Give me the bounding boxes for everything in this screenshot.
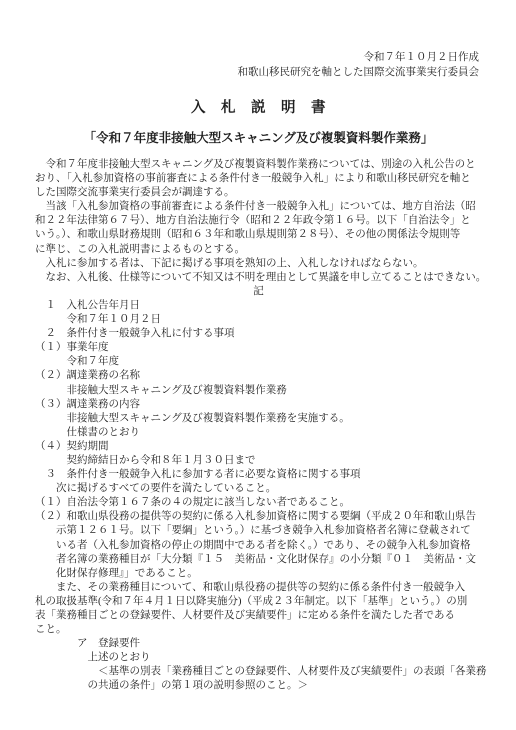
document-line: 記	[35, 285, 482, 299]
document-line: 契約締結日から令和８年１月３０日まで	[35, 454, 482, 468]
document-line: 入札に参加する者は、下記に掲げる事項を熟知の上、入札しなければならない。	[35, 257, 482, 271]
document-line: 札の取扱基準(令和７年４月１日以降実施分)（平成２３年制定。以下「基準」という。…	[35, 595, 482, 609]
document-line: （１）自治法令第１６７条の４の規定に該当しない者であること。	[35, 496, 482, 510]
document-line: いる者（入札参加資格の停止の期間中である者を除く。）であり、その競争入札参加資格	[35, 539, 482, 553]
created-date: 令和７年１０月２日作成	[35, 50, 479, 65]
document-title: 入 札 説 明 書	[35, 96, 482, 117]
document-line: に準じ、この入札説明書によるものとする。	[35, 243, 482, 257]
document-line: 示第１２６１号。以下「要綱」という。）に基づき競争入札参加資格者名簿に登載されて	[35, 524, 482, 538]
document-line: 令和７年度非接触大型スキャニング及び複製資料製作業務については、別途の入札公告の…	[35, 158, 482, 172]
document-line: こと。	[35, 623, 482, 637]
document-page: 令和７年１０月２日作成 和歌山移民研究を軸とした国際交流事業実行委員会 入 札 …	[0, 0, 516, 730]
document-line: （４）契約期間	[35, 440, 482, 454]
document-line: なお、入札後、仕様等について不知又は不明を理由として異議を申し立てることはできな…	[35, 271, 482, 285]
document-line: 表「業務種目ごとの登録要件、人材要件及び実績要件」に定める条件を満たした者である	[35, 609, 482, 623]
document-line: の共通の条件」の第１項の説明参照のこと。＞	[35, 679, 482, 693]
document-line: 和２２年法律第６７号）、地方自治法施行令（昭和２２年政令第１６号。以下「自治法令…	[35, 214, 482, 228]
document-line: 非接触大型スキャニング及び複製資料製作業務	[35, 384, 482, 398]
document-line: 令和７年度	[35, 355, 482, 369]
document-body: 令和７年度非接触大型スキャニング及び複製資料製作業務については、別途の入札公告の…	[35, 158, 482, 694]
document-line: おり、「入札参加資格の事前審査による条件付き一般競争入札」により和歌山移民研究を…	[35, 172, 482, 186]
document-line: 当該「入札参加資格の事前審査による条件付き一般競争入札」については、地方自治法（…	[35, 200, 482, 214]
document-subtitle: 「令和７年度非接触大型スキャニング及び複製資料製作業務」	[35, 128, 482, 146]
document-line: （２）和歌山県役務の提供等の契約に係る入札参加資格に関する要綱（平成２０年和歌山…	[35, 510, 482, 524]
document-line: また、その業務種目について、和歌山県役務の提供等の契約に係る条件付き一般競争入	[35, 581, 482, 595]
document-line: （３）調達業務の内容	[35, 398, 482, 412]
document-line: 上述のとおり	[35, 651, 482, 665]
document-line: した国際交流事業実行委員会が調達する。	[35, 186, 482, 200]
document-line: 次に掲げるすべての要件を満たしていること。	[35, 482, 482, 496]
document-line: （１）事業年度	[35, 341, 482, 355]
document-line: （２）調達業務の名称	[35, 369, 482, 383]
document-line: 者名簿の業務種目が「大分類『１５ 美術品・文化財保存』の小分類『０１ 美術品・文	[35, 553, 482, 567]
document-line: ＜基準の別表「業務種目ごとの登録要件、人材要件及び実績要件」の表頭「各業務	[35, 665, 482, 679]
document-line: いう。）、和歌山県財務規則（昭和６３年和歌山県規則第２８号）、その他の関係法令規…	[35, 228, 482, 242]
document-line: ３ 条件付き一般競争入札に参加する者に必要な資格に関する事項	[35, 468, 482, 482]
document-line: 仕様書のとおり	[35, 426, 482, 440]
document-line: 非接触大型スキャニング及び複製資料製作業務を実施する。	[35, 412, 482, 426]
document-line: 化財保存修理』」であること。	[35, 567, 482, 581]
document-header: 令和７年１０月２日作成 和歌山移民研究を軸とした国際交流事業実行委員会	[35, 50, 482, 80]
document-line: ２ 条件付き一般競争入札に付する事項	[35, 327, 482, 341]
document-line: ア 登録要件	[35, 637, 482, 651]
organization-name: 和歌山移民研究を軸とした国際交流事業実行委員会	[35, 65, 479, 80]
document-line: １ 入札公告年月日	[35, 299, 482, 313]
document-line: 令和７年１０月２日	[35, 313, 482, 327]
